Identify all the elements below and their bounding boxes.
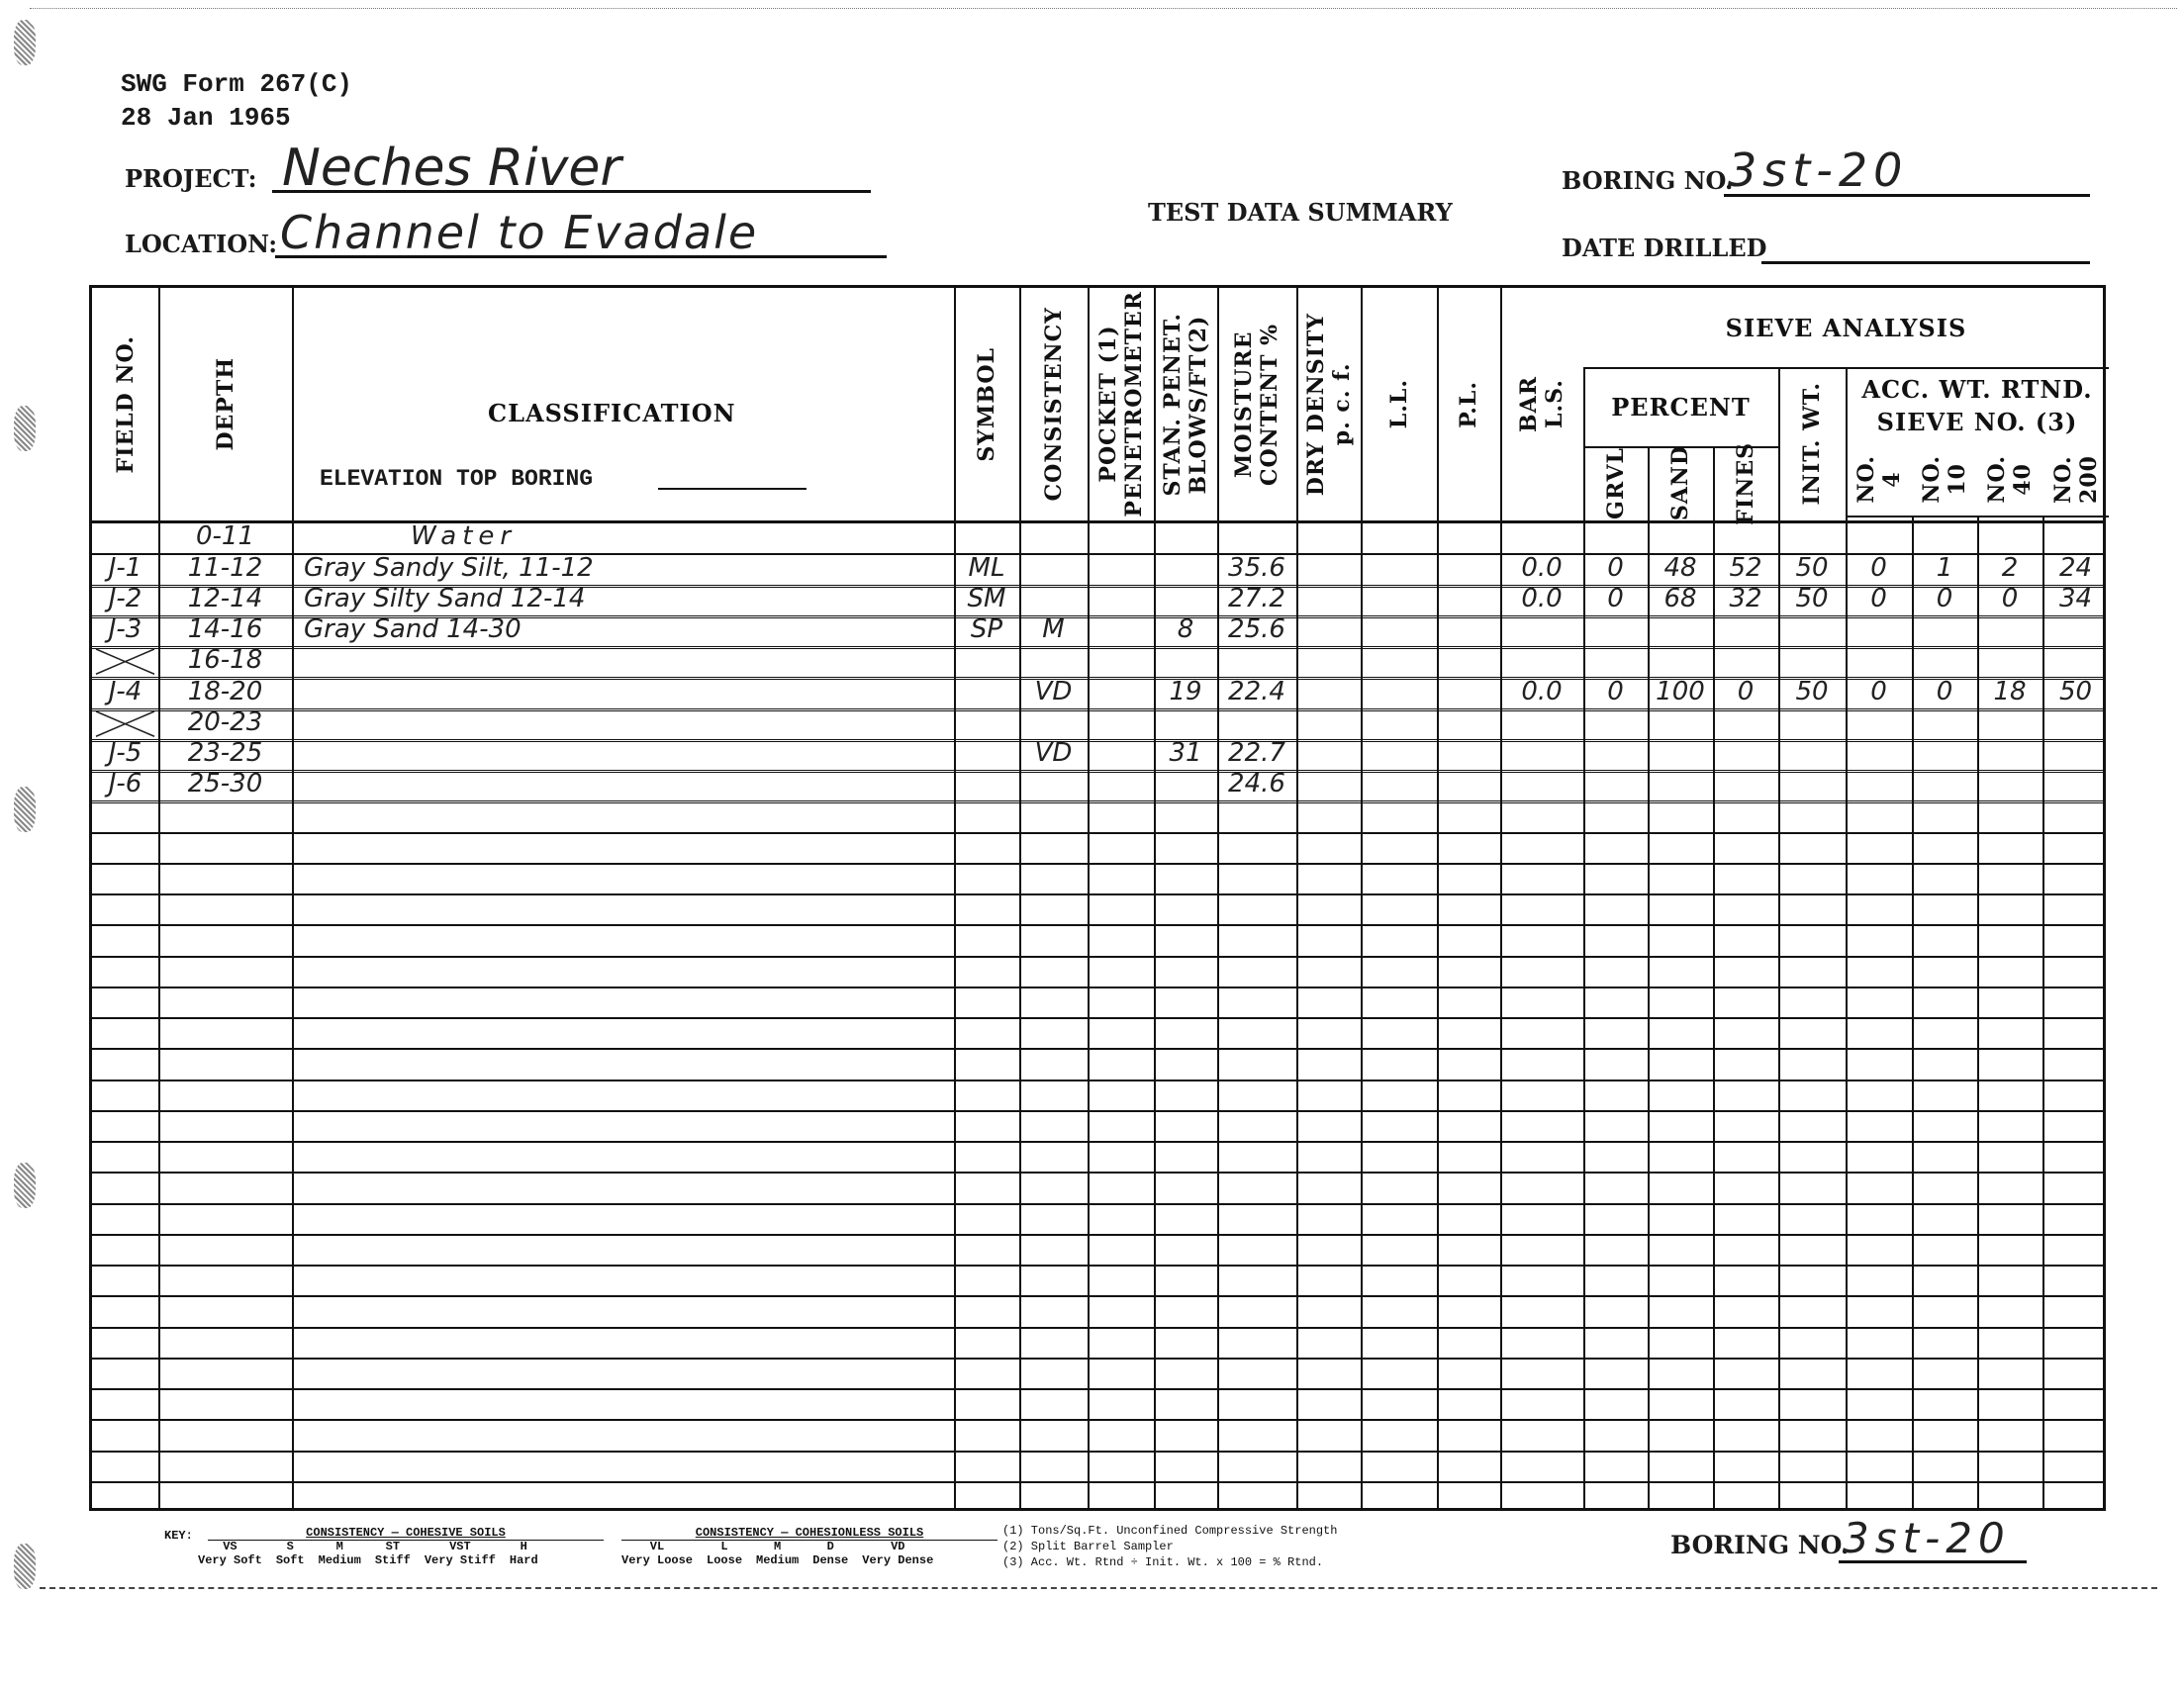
- sieve-no10-cell[interactable]: [1912, 1172, 1977, 1202]
- gravel-pct-cell[interactable]: [1583, 615, 1648, 646]
- classification-cell[interactable]: [292, 832, 954, 863]
- gravel-pct-cell[interactable]: [1583, 1358, 1648, 1388]
- bar-ls-cell[interactable]: [1500, 893, 1583, 924]
- fines-pct-cell[interactable]: [1713, 1419, 1778, 1450]
- fines-pct-cell[interactable]: [1713, 832, 1778, 863]
- sieve-no40-cell[interactable]: [1977, 986, 2042, 1017]
- sieve-no200-cell[interactable]: [2042, 1358, 2109, 1388]
- field-no-cell[interactable]: [92, 893, 158, 924]
- liquid-limit-cell[interactable]: [1361, 1110, 1437, 1141]
- pocket-penetrometer-cell[interactable]: [1088, 1141, 1154, 1172]
- symbol-cell[interactable]: [954, 1203, 1019, 1234]
- sand-pct-cell[interactable]: 100: [1648, 677, 1713, 707]
- plastic-limit-cell[interactable]: [1437, 956, 1500, 986]
- blows-per-ft-cell[interactable]: [1154, 1203, 1217, 1234]
- depth-cell[interactable]: [158, 800, 292, 831]
- sand-pct-cell[interactable]: [1648, 986, 1713, 1017]
- symbol-cell[interactable]: [954, 1481, 1019, 1512]
- sieve-no10-cell[interactable]: [1912, 1110, 1977, 1141]
- moisture-content-cell[interactable]: [1217, 1172, 1296, 1202]
- bar-ls-cell[interactable]: [1500, 739, 1583, 770]
- sieve-no10-cell[interactable]: [1912, 1327, 1977, 1358]
- gravel-pct-cell[interactable]: [1583, 832, 1648, 863]
- consistency-cell[interactable]: [1019, 800, 1088, 831]
- sand-pct-cell[interactable]: [1648, 522, 1713, 553]
- field-no-cell[interactable]: [92, 1327, 158, 1358]
- init-wt-cell[interactable]: [1778, 739, 1846, 770]
- consistency-cell[interactable]: [1019, 553, 1088, 584]
- moisture-content-cell[interactable]: [1217, 924, 1296, 955]
- plastic-limit-cell[interactable]: [1437, 800, 1500, 831]
- sand-pct-cell[interactable]: [1648, 1141, 1713, 1172]
- sand-pct-cell[interactable]: [1648, 1419, 1713, 1450]
- sieve-no40-cell[interactable]: [1977, 1388, 2042, 1419]
- field-no-cell[interactable]: J-1: [92, 553, 158, 584]
- symbol-cell[interactable]: [954, 863, 1019, 893]
- blows-per-ft-cell[interactable]: [1154, 646, 1217, 677]
- sieve-no4-cell[interactable]: [1846, 615, 1912, 646]
- sand-pct-cell[interactable]: [1648, 1388, 1713, 1419]
- sieve-no200-cell[interactable]: [2042, 1048, 2109, 1079]
- field-no-cell[interactable]: [92, 1048, 158, 1079]
- sieve-no40-cell[interactable]: [1977, 1203, 2042, 1234]
- sieve-no10-cell[interactable]: [1912, 1048, 1977, 1079]
- blows-per-ft-cell[interactable]: [1154, 1419, 1217, 1450]
- fines-pct-cell[interactable]: 0: [1713, 677, 1778, 707]
- moisture-content-cell[interactable]: 35.6: [1217, 553, 1296, 584]
- sieve-no200-cell[interactable]: [2042, 956, 2109, 986]
- moisture-content-cell[interactable]: 27.2: [1217, 585, 1296, 615]
- gravel-pct-cell[interactable]: [1583, 1265, 1648, 1295]
- moisture-content-cell[interactable]: [1217, 863, 1296, 893]
- bar-ls-cell[interactable]: [1500, 1017, 1583, 1048]
- consistency-cell[interactable]: [1019, 986, 1088, 1017]
- field-no-cell[interactable]: [92, 1017, 158, 1048]
- bar-ls-cell[interactable]: [1500, 832, 1583, 863]
- liquid-limit-cell[interactable]: [1361, 553, 1437, 584]
- depth-cell[interactable]: [158, 1110, 292, 1141]
- sieve-no4-cell[interactable]: 0: [1846, 585, 1912, 615]
- bar-ls-cell[interactable]: [1500, 956, 1583, 986]
- init-wt-cell[interactable]: [1778, 924, 1846, 955]
- gravel-pct-cell[interactable]: [1583, 646, 1648, 677]
- pocket-penetrometer-cell[interactable]: [1088, 1234, 1154, 1265]
- sieve-no200-cell[interactable]: [2042, 1172, 2109, 1202]
- consistency-cell[interactable]: [1019, 924, 1088, 955]
- plastic-limit-cell[interactable]: [1437, 585, 1500, 615]
- sand-pct-cell[interactable]: [1648, 708, 1713, 739]
- plastic-limit-cell[interactable]: [1437, 1172, 1500, 1202]
- sieve-no4-cell[interactable]: [1846, 1017, 1912, 1048]
- depth-cell[interactable]: 11-12: [158, 553, 292, 584]
- sieve-no4-cell[interactable]: [1846, 800, 1912, 831]
- sieve-no10-cell[interactable]: [1912, 522, 1977, 553]
- sieve-no200-cell[interactable]: [2042, 1110, 2109, 1141]
- sand-pct-cell[interactable]: [1648, 1358, 1713, 1388]
- bar-ls-cell[interactable]: [1500, 1234, 1583, 1265]
- dry-density-cell[interactable]: [1296, 832, 1361, 863]
- sieve-no4-cell[interactable]: [1846, 1110, 1912, 1141]
- sieve-no40-cell[interactable]: [1977, 1048, 2042, 1079]
- sieve-no10-cell[interactable]: [1912, 863, 1977, 893]
- depth-cell[interactable]: [158, 1017, 292, 1048]
- blows-per-ft-cell[interactable]: [1154, 893, 1217, 924]
- liquid-limit-cell[interactable]: [1361, 615, 1437, 646]
- init-wt-cell[interactable]: [1778, 615, 1846, 646]
- dry-density-cell[interactable]: [1296, 1295, 1361, 1326]
- sieve-no10-cell[interactable]: [1912, 1080, 1977, 1110]
- dry-density-cell[interactable]: [1296, 1110, 1361, 1141]
- sieve-no10-cell[interactable]: [1912, 832, 1977, 863]
- fines-pct-cell[interactable]: [1713, 1141, 1778, 1172]
- plastic-limit-cell[interactable]: [1437, 893, 1500, 924]
- symbol-cell[interactable]: [954, 924, 1019, 955]
- plastic-limit-cell[interactable]: [1437, 1017, 1500, 1048]
- init-wt-cell[interactable]: [1778, 1141, 1846, 1172]
- dry-density-cell[interactable]: [1296, 1451, 1361, 1481]
- blows-per-ft-cell[interactable]: [1154, 1234, 1217, 1265]
- depth-cell[interactable]: [158, 832, 292, 863]
- fines-pct-cell[interactable]: [1713, 924, 1778, 955]
- liquid-limit-cell[interactable]: [1361, 986, 1437, 1017]
- sieve-no4-cell[interactable]: 0: [1846, 553, 1912, 584]
- sieve-no200-cell[interactable]: [2042, 1327, 2109, 1358]
- depth-cell[interactable]: 20-23: [158, 708, 292, 739]
- classification-cell[interactable]: [292, 1017, 954, 1048]
- sieve-no40-cell[interactable]: [1977, 1234, 2042, 1265]
- sieve-no4-cell[interactable]: [1846, 863, 1912, 893]
- sand-pct-cell[interactable]: [1648, 1080, 1713, 1110]
- gravel-pct-cell[interactable]: 0: [1583, 585, 1648, 615]
- sieve-no10-cell[interactable]: [1912, 986, 1977, 1017]
- init-wt-cell[interactable]: [1778, 1419, 1846, 1450]
- consistency-cell[interactable]: [1019, 893, 1088, 924]
- consistency-cell[interactable]: [1019, 646, 1088, 677]
- fines-pct-cell[interactable]: [1713, 1451, 1778, 1481]
- sieve-no200-cell[interactable]: [2042, 615, 2109, 646]
- dry-density-cell[interactable]: [1296, 1234, 1361, 1265]
- depth-cell[interactable]: [158, 1234, 292, 1265]
- field-no-cell[interactable]: [92, 1481, 158, 1512]
- pocket-penetrometer-cell[interactable]: [1088, 956, 1154, 986]
- liquid-limit-cell[interactable]: [1361, 924, 1437, 955]
- moisture-content-cell[interactable]: [1217, 1327, 1296, 1358]
- plastic-limit-cell[interactable]: [1437, 1295, 1500, 1326]
- bar-ls-cell[interactable]: [1500, 1358, 1583, 1388]
- init-wt-cell[interactable]: 50: [1778, 677, 1846, 707]
- gravel-pct-cell[interactable]: [1583, 893, 1648, 924]
- bar-ls-cell[interactable]: [1500, 1110, 1583, 1141]
- elevation-top-boring-field[interactable]: [658, 464, 807, 490]
- sieve-no40-cell[interactable]: [1977, 800, 2042, 831]
- moisture-content-cell[interactable]: [1217, 646, 1296, 677]
- blows-per-ft-cell[interactable]: 31: [1154, 739, 1217, 770]
- gravel-pct-cell[interactable]: [1583, 1048, 1648, 1079]
- sieve-no10-cell[interactable]: [1912, 615, 1977, 646]
- sieve-no200-cell[interactable]: [2042, 1451, 2109, 1481]
- pocket-penetrometer-cell[interactable]: [1088, 677, 1154, 707]
- fines-pct-cell[interactable]: [1713, 1048, 1778, 1079]
- init-wt-cell[interactable]: [1778, 1203, 1846, 1234]
- depth-cell[interactable]: [158, 1388, 292, 1419]
- depth-cell[interactable]: 12-14: [158, 585, 292, 615]
- classification-cell[interactable]: [292, 924, 954, 955]
- plastic-limit-cell[interactable]: [1437, 615, 1500, 646]
- sieve-no200-cell[interactable]: [2042, 770, 2109, 800]
- init-wt-cell[interactable]: [1778, 1110, 1846, 1141]
- depth-cell[interactable]: [158, 893, 292, 924]
- sieve-no200-cell[interactable]: [2042, 1419, 2109, 1450]
- symbol-cell[interactable]: SM: [954, 585, 1019, 615]
- consistency-cell[interactable]: [1019, 1265, 1088, 1295]
- symbol-cell[interactable]: [954, 1451, 1019, 1481]
- liquid-limit-cell[interactable]: [1361, 1172, 1437, 1202]
- init-wt-cell[interactable]: [1778, 956, 1846, 986]
- depth-cell[interactable]: [158, 1451, 292, 1481]
- depth-cell[interactable]: [158, 924, 292, 955]
- gravel-pct-cell[interactable]: [1583, 1110, 1648, 1141]
- blows-per-ft-cell[interactable]: [1154, 832, 1217, 863]
- fines-pct-cell[interactable]: [1713, 1203, 1778, 1234]
- pocket-penetrometer-cell[interactable]: [1088, 553, 1154, 584]
- gravel-pct-cell[interactable]: [1583, 1203, 1648, 1234]
- moisture-content-cell[interactable]: [1217, 1234, 1296, 1265]
- init-wt-cell[interactable]: [1778, 1481, 1846, 1512]
- plastic-limit-cell[interactable]: [1437, 1141, 1500, 1172]
- gravel-pct-cell[interactable]: 0: [1583, 553, 1648, 584]
- fines-pct-cell[interactable]: [1713, 1172, 1778, 1202]
- sieve-no200-cell[interactable]: [2042, 832, 2109, 863]
- depth-cell[interactable]: 23-25: [158, 739, 292, 770]
- field-no-cell[interactable]: [92, 986, 158, 1017]
- sieve-no200-cell[interactable]: [2042, 893, 2109, 924]
- field-no-cell[interactable]: [92, 1388, 158, 1419]
- sieve-no40-cell[interactable]: [1977, 522, 2042, 553]
- moisture-content-cell[interactable]: 25.6: [1217, 615, 1296, 646]
- sieve-no40-cell[interactable]: [1977, 1080, 2042, 1110]
- sieve-no10-cell[interactable]: [1912, 800, 1977, 831]
- depth-cell[interactable]: [158, 1358, 292, 1388]
- consistency-cell[interactable]: [1019, 1110, 1088, 1141]
- sieve-no40-cell[interactable]: 18: [1977, 677, 2042, 707]
- fines-pct-cell[interactable]: [1713, 800, 1778, 831]
- consistency-cell[interactable]: [1019, 1048, 1088, 1079]
- consistency-cell[interactable]: VD: [1019, 677, 1088, 707]
- moisture-content-cell[interactable]: [1217, 1481, 1296, 1512]
- location-value[interactable]: Channel to Evadale: [280, 206, 758, 259]
- depth-cell[interactable]: [158, 1327, 292, 1358]
- field-no-cell[interactable]: [92, 924, 158, 955]
- sieve-no40-cell[interactable]: [1977, 1017, 2042, 1048]
- init-wt-cell[interactable]: [1778, 1048, 1846, 1079]
- classification-cell[interactable]: [292, 677, 954, 707]
- consistency-cell[interactable]: [1019, 1388, 1088, 1419]
- liquid-limit-cell[interactable]: [1361, 585, 1437, 615]
- blows-per-ft-cell[interactable]: [1154, 1451, 1217, 1481]
- plastic-limit-cell[interactable]: [1437, 1110, 1500, 1141]
- bar-ls-cell[interactable]: [1500, 924, 1583, 955]
- classification-cell[interactable]: [292, 1388, 954, 1419]
- sieve-no10-cell[interactable]: 1: [1912, 553, 1977, 584]
- dry-density-cell[interactable]: [1296, 708, 1361, 739]
- sieve-no10-cell[interactable]: [1912, 646, 1977, 677]
- symbol-cell[interactable]: [954, 708, 1019, 739]
- sieve-no10-cell[interactable]: [1912, 924, 1977, 955]
- sand-pct-cell[interactable]: [1648, 893, 1713, 924]
- dry-density-cell[interactable]: [1296, 800, 1361, 831]
- blows-per-ft-cell[interactable]: 19: [1154, 677, 1217, 707]
- moisture-content-cell[interactable]: [1217, 1080, 1296, 1110]
- gravel-pct-cell[interactable]: [1583, 986, 1648, 1017]
- gravel-pct-cell[interactable]: [1583, 1451, 1648, 1481]
- fines-pct-cell[interactable]: [1713, 1265, 1778, 1295]
- sieve-no200-cell[interactable]: [2042, 708, 2109, 739]
- sieve-no40-cell[interactable]: [1977, 770, 2042, 800]
- sieve-no10-cell[interactable]: [1912, 1419, 1977, 1450]
- sieve-no4-cell[interactable]: [1846, 708, 1912, 739]
- consistency-cell[interactable]: [1019, 1419, 1088, 1450]
- dry-density-cell[interactable]: [1296, 1358, 1361, 1388]
- consistency-cell[interactable]: [1019, 708, 1088, 739]
- bar-ls-cell[interactable]: [1500, 615, 1583, 646]
- classification-cell[interactable]: [292, 1172, 954, 1202]
- depth-cell[interactable]: [158, 956, 292, 986]
- plastic-limit-cell[interactable]: [1437, 1327, 1500, 1358]
- fines-pct-cell[interactable]: [1713, 1234, 1778, 1265]
- consistency-cell[interactable]: [1019, 1295, 1088, 1326]
- sieve-no40-cell[interactable]: [1977, 893, 2042, 924]
- gravel-pct-cell[interactable]: [1583, 863, 1648, 893]
- field-no-cell[interactable]: [92, 1234, 158, 1265]
- symbol-cell[interactable]: [954, 1080, 1019, 1110]
- init-wt-cell[interactable]: [1778, 1451, 1846, 1481]
- consistency-cell[interactable]: [1019, 1141, 1088, 1172]
- depth-cell[interactable]: 16-18: [158, 646, 292, 677]
- sieve-no40-cell[interactable]: 2: [1977, 553, 2042, 584]
- bar-ls-cell[interactable]: [1500, 986, 1583, 1017]
- liquid-limit-cell[interactable]: [1361, 1358, 1437, 1388]
- liquid-limit-cell[interactable]: [1361, 1295, 1437, 1326]
- field-no-cell[interactable]: [92, 1451, 158, 1481]
- liquid-limit-cell[interactable]: [1361, 893, 1437, 924]
- sieve-no4-cell[interactable]: [1846, 1327, 1912, 1358]
- gravel-pct-cell[interactable]: [1583, 1141, 1648, 1172]
- init-wt-cell[interactable]: [1778, 1327, 1846, 1358]
- moisture-content-cell[interactable]: [1217, 1358, 1296, 1388]
- liquid-limit-cell[interactable]: [1361, 522, 1437, 553]
- sieve-no200-cell[interactable]: [2042, 863, 2109, 893]
- fines-pct-cell[interactable]: [1713, 1481, 1778, 1512]
- fines-pct-cell[interactable]: [1713, 863, 1778, 893]
- plastic-limit-cell[interactable]: [1437, 863, 1500, 893]
- sieve-no200-cell[interactable]: [2042, 1388, 2109, 1419]
- consistency-cell[interactable]: [1019, 832, 1088, 863]
- classification-cell[interactable]: [292, 863, 954, 893]
- init-wt-cell[interactable]: [1778, 1234, 1846, 1265]
- dry-density-cell[interactable]: [1296, 585, 1361, 615]
- field-no-cell[interactable]: [92, 1295, 158, 1326]
- pocket-penetrometer-cell[interactable]: [1088, 1048, 1154, 1079]
- plastic-limit-cell[interactable]: [1437, 522, 1500, 553]
- sieve-no10-cell[interactable]: 0: [1912, 677, 1977, 707]
- sieve-no4-cell[interactable]: [1846, 739, 1912, 770]
- dry-density-cell[interactable]: [1296, 770, 1361, 800]
- sieve-no10-cell[interactable]: [1912, 956, 1977, 986]
- gravel-pct-cell[interactable]: [1583, 924, 1648, 955]
- sand-pct-cell[interactable]: [1648, 924, 1713, 955]
- sieve-no40-cell[interactable]: [1977, 739, 2042, 770]
- classification-cell[interactable]: [292, 646, 954, 677]
- dry-density-cell[interactable]: [1296, 1327, 1361, 1358]
- gravel-pct-cell[interactable]: [1583, 1080, 1648, 1110]
- sand-pct-cell[interactable]: [1648, 863, 1713, 893]
- symbol-cell[interactable]: [954, 1327, 1019, 1358]
- bar-ls-cell[interactable]: [1500, 1265, 1583, 1295]
- init-wt-cell[interactable]: [1778, 986, 1846, 1017]
- symbol-cell[interactable]: [954, 522, 1019, 553]
- plastic-limit-cell[interactable]: [1437, 986, 1500, 1017]
- blows-per-ft-cell[interactable]: [1154, 585, 1217, 615]
- pocket-penetrometer-cell[interactable]: [1088, 893, 1154, 924]
- liquid-limit-cell[interactable]: [1361, 1080, 1437, 1110]
- liquid-limit-cell[interactable]: [1361, 677, 1437, 707]
- sieve-no10-cell[interactable]: [1912, 1203, 1977, 1234]
- sieve-no10-cell[interactable]: [1912, 1017, 1977, 1048]
- sieve-no4-cell[interactable]: [1846, 1172, 1912, 1202]
- blows-per-ft-cell[interactable]: [1154, 800, 1217, 831]
- consistency-cell[interactable]: [1019, 956, 1088, 986]
- sieve-no4-cell[interactable]: [1846, 986, 1912, 1017]
- gravel-pct-cell[interactable]: [1583, 956, 1648, 986]
- moisture-content-cell[interactable]: [1217, 832, 1296, 863]
- pocket-penetrometer-cell[interactable]: [1088, 986, 1154, 1017]
- liquid-limit-cell[interactable]: [1361, 1141, 1437, 1172]
- sieve-no4-cell[interactable]: [1846, 1265, 1912, 1295]
- dry-density-cell[interactable]: [1296, 522, 1361, 553]
- dry-density-cell[interactable]: [1296, 646, 1361, 677]
- sieve-no200-cell[interactable]: [2042, 986, 2109, 1017]
- pocket-penetrometer-cell[interactable]: [1088, 1295, 1154, 1326]
- sieve-no40-cell[interactable]: [1977, 863, 2042, 893]
- init-wt-cell[interactable]: [1778, 1265, 1846, 1295]
- blows-per-ft-cell[interactable]: [1154, 1388, 1217, 1419]
- depth-cell[interactable]: [158, 1481, 292, 1512]
- sieve-no200-cell[interactable]: 34: [2042, 585, 2109, 615]
- classification-cell[interactable]: [292, 893, 954, 924]
- init-wt-cell[interactable]: [1778, 1172, 1846, 1202]
- field-no-cell[interactable]: [92, 956, 158, 986]
- sieve-no10-cell[interactable]: [1912, 1481, 1977, 1512]
- liquid-limit-cell[interactable]: [1361, 1419, 1437, 1450]
- moisture-content-cell[interactable]: [1217, 708, 1296, 739]
- sieve-no40-cell[interactable]: [1977, 615, 2042, 646]
- plastic-limit-cell[interactable]: [1437, 1080, 1500, 1110]
- gravel-pct-cell[interactable]: 0: [1583, 677, 1648, 707]
- plastic-limit-cell[interactable]: [1437, 924, 1500, 955]
- init-wt-cell[interactable]: [1778, 646, 1846, 677]
- dry-density-cell[interactable]: [1296, 677, 1361, 707]
- classification-cell[interactable]: [292, 1203, 954, 1234]
- sieve-no10-cell[interactable]: [1912, 770, 1977, 800]
- fines-pct-cell[interactable]: [1713, 1327, 1778, 1358]
- consistency-cell[interactable]: [1019, 1203, 1088, 1234]
- consistency-cell[interactable]: [1019, 1481, 1088, 1512]
- blows-per-ft-cell[interactable]: [1154, 1327, 1217, 1358]
- liquid-limit-cell[interactable]: [1361, 1451, 1437, 1481]
- fines-pct-cell[interactable]: [1713, 739, 1778, 770]
- bar-ls-cell[interactable]: [1500, 1141, 1583, 1172]
- sieve-no200-cell[interactable]: [2042, 1265, 2109, 1295]
